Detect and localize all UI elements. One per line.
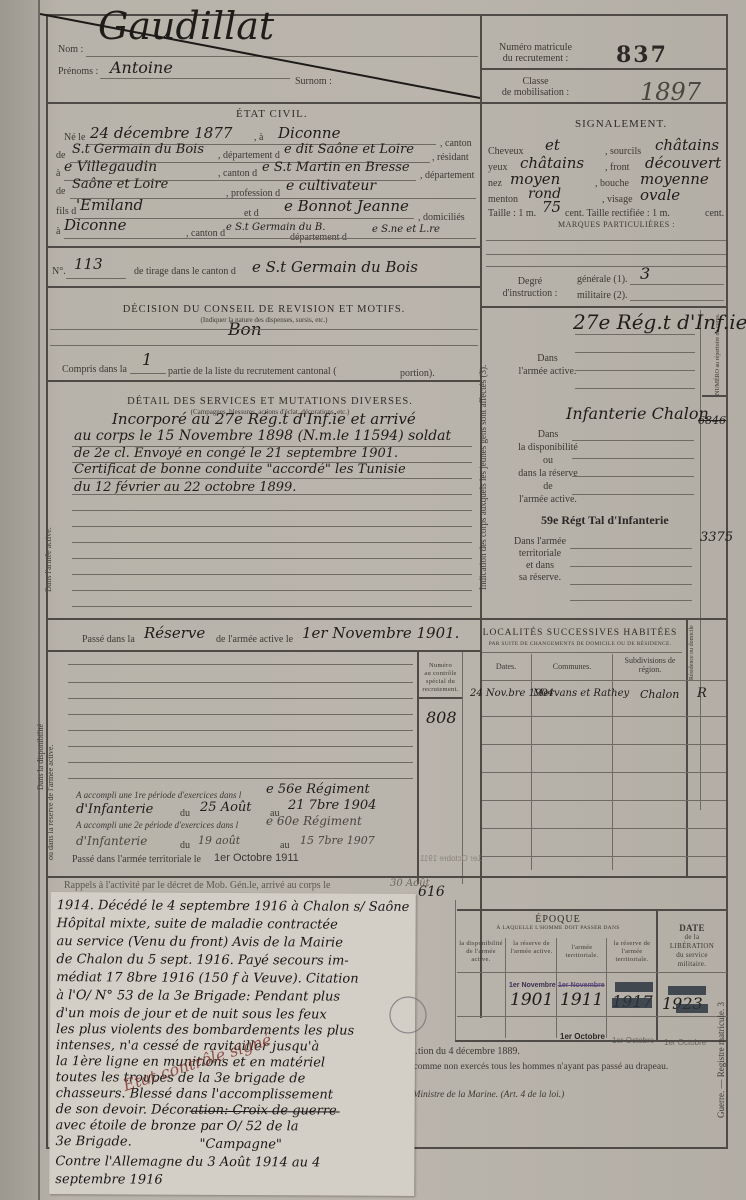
localites-col-residence: Résidence ou domicile [689, 625, 695, 680]
epoque-col-territoriale: l'armée territoriale. [558, 944, 606, 960]
localites-col-dates: Dates. [482, 662, 530, 671]
redaction-bar-1 [615, 982, 653, 992]
marques-particulieres-label: MARQUES PARTICULIÈRES : [558, 220, 675, 229]
epoque-reserve-active-year: 1901 [510, 990, 553, 1010]
exercice-2-to: 15 7bre 1907 [300, 834, 375, 847]
rappels-numero: 616 [418, 884, 445, 900]
note-line-8: les plus violents des bombardements les … [56, 1022, 354, 1039]
domicilies-label: , domiciliés [418, 212, 465, 223]
mere-value: e Bonnot Jeanne [284, 197, 409, 215]
services-title: DÉTAIL DES SERVICES ET MUTATIONS DIVERSE… [90, 396, 450, 407]
passe-territoriale-date: 1er Octobre 1911 [214, 852, 299, 864]
classe-divider [482, 102, 728, 104]
active-line-1 [575, 334, 695, 335]
compris-line [130, 373, 166, 374]
reserve-bottom-divider [48, 650, 480, 652]
blank-rule-7 [68, 762, 413, 763]
services-line-5: du 12 février au 22 octobre 1899. [74, 480, 296, 495]
terr-line-4 [570, 600, 692, 601]
localites-row-commune: Mervans et Rathey [533, 688, 629, 699]
terr-line-2 [570, 566, 692, 567]
decision-line-2 [50, 345, 478, 346]
corps-dispo-value: Infanterie Chalon [566, 404, 709, 423]
dispo-line-1 [572, 440, 694, 441]
corps-side-label: Indication des corps auxquels les jeunes… [478, 365, 488, 590]
matricule-label-1: Numéro matricule [488, 42, 583, 53]
domicile-value: Diconne [64, 216, 126, 234]
controle-divider [419, 697, 462, 699]
corps-dispo-label-2: la disponibilité [498, 441, 598, 454]
active-line-2 [575, 352, 695, 353]
note-line-1: 1914. Décédé le 4 septembre 1916 à Chalo… [57, 898, 410, 915]
exercice-1-label: A accompli une 1re période d'exercices d… [76, 790, 241, 800]
compris-label-a: Compris dans la [62, 364, 127, 375]
exercice-2-au: au [280, 840, 289, 851]
sourcils-label: , sourcils [605, 146, 641, 157]
services-rule-1 [72, 446, 472, 447]
localites-title: LOCALITÉS SUCCESSIVES HABITÉES [480, 628, 680, 638]
etat-civil-divider [48, 246, 480, 248]
dispo-line-4 [572, 494, 694, 495]
nez-label: nez [488, 178, 502, 189]
localites-row-type: R [697, 686, 707, 701]
services-rule-8 [72, 558, 472, 559]
signalement-title: SIGNALEMENT. [575, 118, 667, 130]
canton-naissance-value: S.t Germain du Bois [72, 142, 204, 157]
a2-label: à [56, 168, 60, 179]
services-line-3: de 2e cl. Envoyé en congé le 21 septembr… [74, 446, 398, 461]
marques-line-1 [486, 240, 726, 241]
services-rule-7 [72, 542, 472, 543]
instruction-militaire-line [630, 300, 724, 301]
services-rule-9 [72, 574, 472, 575]
epoque-col-disponibilite: la disponibilité de l'armée active. [457, 940, 505, 964]
corps-active-label-2: l'armée active. [505, 365, 590, 378]
blank-rule-2 [68, 682, 413, 683]
canton-label: , canton [440, 138, 472, 149]
communes-column-line [612, 654, 613, 870]
classe-label: Classe de mobilisation : [488, 76, 583, 98]
canton-residence-value: e S.t Martin en Bresse [262, 160, 410, 175]
yeux-label: yeux [488, 162, 507, 173]
exercice-1-from: 25 Août [200, 800, 252, 815]
profession-value: e cultivateur [286, 178, 376, 194]
liberation-header-1: DATE [658, 924, 726, 933]
taille-label: Taille : 1 m. [488, 208, 536, 219]
liberation-header: DATE de la LIBÉRATION du service militai… [658, 924, 726, 969]
taille-rectifiee-label: cent. Taille rectifiée : 1 m. [565, 208, 670, 219]
blank-rule-5 [68, 730, 413, 731]
corps-territoriale-label-1: Dans l'armée [495, 536, 585, 548]
localites-col-communes: Communes. [533, 662, 611, 671]
liberation-header-4: du service [658, 951, 726, 960]
corps-territoriale-numero: 3375 [700, 530, 733, 545]
front-label: , front [605, 162, 629, 173]
services-line-1: Incorporé au 27e Rég.t d'Inf.ie et arriv… [112, 410, 416, 428]
footer-line-2: …comme non exercés tous les hommes n'aya… [404, 1062, 668, 1072]
corps-territoriale-stamp: 59e Régt Tal d'Infanterie [541, 513, 669, 528]
bouche-label: , bouche [595, 178, 629, 189]
controle-column-right [462, 652, 463, 884]
departement2-label: , département [420, 170, 474, 181]
exercice-1-to: 21 7bre 1904 [288, 798, 376, 813]
tirage-text: de tirage dans le canton d [134, 266, 236, 277]
epoque-territoriale-year: 1911 [560, 990, 603, 1010]
blank-rule-3 [68, 698, 413, 699]
services-rule-5 [72, 510, 472, 511]
localites-rule-1 [482, 716, 726, 717]
localites-rule-2 [482, 744, 726, 745]
liberation-header-5: militaire. [658, 960, 726, 969]
corps-dispo-label-3: ou [498, 454, 598, 467]
services-rule-6 [72, 526, 472, 527]
exercice-2-from: 19 août [198, 834, 240, 847]
decision-line-1 [50, 329, 478, 330]
passe-territoriale-label: Passé dans l'armée territoriale le [72, 854, 201, 865]
tirage-no-value: 113 [74, 255, 103, 273]
corps-territoriale-label: Dans l'armée territoriale et dans sa rés… [495, 536, 585, 584]
a-label: , à [254, 132, 263, 143]
corps-active-value: 27e Rég.t d'Inf.ie [573, 310, 746, 334]
departement-domicile-value: e S.ne et L.re [372, 224, 440, 235]
localites-rule-5 [482, 828, 726, 829]
exercice-2-corps2: d'Infanterie [76, 834, 147, 848]
passe-reserve-date: 1er Novembre 1901. [302, 624, 459, 642]
date-naissance-value: 24 décembre 1877 [90, 124, 232, 142]
instruction-label: Degré d'instruction : [500, 276, 560, 300]
faint-mirror-stamp: 1er Octobre 1911 [420, 854, 482, 863]
corps-dispo-numero: 6846 [698, 414, 726, 427]
cheveux-label: Cheveux [488, 146, 524, 157]
services-line-2: au corps le 15 Novembre 1898 (N.m.le 115… [74, 428, 451, 444]
epoque-title: ÉPOQUE [456, 914, 660, 925]
liberation-header-3: LIBÉRATION [658, 942, 726, 951]
controle-label: Numéro au contrôle spécial du recrutemen… [419, 662, 462, 694]
corps-dispo-label-5: de [498, 480, 598, 493]
residant-label: , résidant [432, 152, 469, 163]
lieu-naissance-value: Diconne [278, 124, 340, 142]
epoque-col-line-1 [505, 938, 506, 1038]
epoque-col-reserve-territoriale: la réserve de l'armée territoriale. [608, 940, 656, 964]
rappels-label: Rappels à l'activité par le décret de Mo… [64, 880, 330, 891]
taille-value: 75 [542, 198, 561, 216]
instruction-generale-line [630, 284, 724, 285]
dates-column-line [531, 654, 532, 870]
menton-label: menton [488, 194, 518, 205]
blank-rule-8 [68, 778, 413, 779]
note-campagne-line-1: Contre l'Allemagne du 3 Août 1914 au 4 [55, 1154, 320, 1170]
classe-label-1: Classe [488, 76, 583, 87]
left-binding-strip [0, 0, 40, 1200]
a3-label: à [56, 226, 60, 237]
tirage-no-label: N°. [52, 266, 66, 277]
services-rule-2 [72, 462, 472, 463]
controle-value: 808 [426, 708, 457, 727]
departement-naissance-value: e dit Saône et Loire [284, 142, 414, 157]
epoque-col-reserve-active: la réserve de l'armée active. [507, 940, 556, 956]
margin-label-dispo-1: Dans la disponibilité [36, 724, 45, 790]
epoque-top-line [457, 909, 727, 911]
epoque-rule-1 [457, 1016, 727, 1017]
document-sheet: Dans l'armée active. Dans la disponibili… [0, 0, 746, 1200]
passe-reserve-value: Réserve [144, 624, 205, 642]
liberation-header-2: de la [658, 933, 726, 942]
matricule-divider [482, 68, 728, 70]
exercice-1-corps2: d'Infanterie [76, 802, 153, 817]
note-line-15: 3e Brigade. [55, 1134, 131, 1149]
compris-value: 1 [142, 350, 152, 369]
services-line-4: Certificat de bonne conduite "accordé" l… [74, 462, 406, 477]
instruction-label-1: Degré [500, 276, 560, 288]
exercice-2-label: A accompli une 2e période d'exercices da… [76, 820, 238, 830]
localites-subtitle: PAR SUITE DE CHANGEMENTS DE DOMICILE OU … [480, 641, 680, 647]
localites-header-line [482, 652, 682, 653]
dispo-line-3 [572, 476, 694, 477]
epoque-reserve-active-stamp: 1er Novembre [509, 982, 556, 989]
note-line-14: avec étoile de bronze par O/ 52 de la [56, 1118, 299, 1134]
instruction-label-2: d'instruction : [500, 288, 560, 300]
corps-territoriale-label-2: territoriale [495, 548, 585, 560]
services-rule-3 [72, 478, 472, 479]
instruction-militaire-label: militaire (2). [577, 290, 628, 301]
terr-line-3 [570, 584, 692, 585]
epoque-header-line [457, 972, 727, 973]
note-line-3: au service (Venu du front) Avis de la Ma… [56, 934, 342, 950]
corps-active-label-1: Dans [505, 352, 590, 365]
compris-divider [48, 380, 480, 382]
tirage-canton-value: e S.t Germain du Bois [252, 258, 418, 276]
tirage-divider [48, 286, 480, 288]
active-line-4 [575, 388, 695, 389]
corps-dispo-label-4: dans la réserve [498, 467, 598, 480]
localites-row-subdivision: Chalon [640, 688, 679, 701]
note-line-5: médiat 17 8bre 1916 (150 f à Veuve). Cit… [56, 970, 358, 987]
localites-rule-6 [482, 856, 726, 857]
de2-label: de [56, 186, 65, 197]
blank-rule-1 [68, 664, 413, 665]
numero-column-line [700, 310, 701, 810]
compris-label-b: partie de la liste du recrutement canton… [168, 366, 337, 377]
residence-column-line [686, 618, 688, 876]
controle-label-4: recrutement. [419, 686, 462, 694]
decision-value: Bon [228, 320, 262, 340]
residence-value: e Villegaudin [64, 159, 157, 175]
blank-rule-6 [68, 746, 413, 747]
domicile-line [64, 238, 476, 239]
cheveux-value: et [545, 136, 560, 154]
localites-rule-3 [482, 772, 726, 773]
note-campagne-line-2: septembre 1916 [55, 1172, 162, 1188]
instruction-divider [482, 306, 728, 308]
passe-reserve-label-a: Passé dans la [82, 634, 135, 645]
controle-label-3: spécial du [419, 678, 462, 686]
active-line-3 [575, 370, 695, 371]
matricule-number: 837 [616, 42, 668, 68]
redaction-bar-4 [676, 1004, 708, 1013]
matricule-label-2: du recrutement : [488, 53, 583, 64]
note-line-2: Hôpital mixte, suite de maladie contract… [57, 916, 338, 932]
epoque-subtitle: À LAQUELLE L'HOMME DOIT PASSER DANS [456, 925, 660, 931]
etat-civil-title: ÉTAT CIVIL. [236, 108, 308, 120]
visage-value: ovale [640, 186, 680, 204]
localites-col-header-line [482, 680, 726, 681]
round-stamp-icon [388, 990, 428, 1040]
marques-line-2 [486, 254, 726, 255]
pasted-note: 1914. Décédé le 4 septembre 1916 à Chalo… [49, 892, 416, 1196]
services-rule-4 [72, 494, 472, 495]
numero-divider [702, 395, 726, 397]
dispo-line-2 [572, 458, 694, 459]
matricule-label: Numéro matricule du recrutement : [488, 42, 583, 64]
exercice-2-corps: e 60e Régiment [266, 814, 362, 828]
exercices-divider [48, 876, 728, 878]
exercice-1-corps: e 56e Régiment [266, 782, 370, 797]
note-line-9: intenses, n'a cessé de ravitailler jusqu… [56, 1038, 319, 1054]
instruction-generale-value: 3 [640, 264, 650, 283]
localites-rule-4 [482, 800, 726, 801]
taille-cent-label: cent. [705, 208, 724, 219]
tirage-no-line [66, 278, 126, 279]
corps-active-label: Dans l'armée active. [505, 352, 590, 378]
epoque-bottom-line [455, 1040, 727, 1042]
controle-label-2: au contrôle [419, 670, 462, 678]
compris-label-c: portion). [400, 368, 435, 379]
note-line-4: de Chalon du 5 sept. 1916. Payé secours … [56, 952, 348, 969]
note-line-7: d'un mois de jour et de nuit sous les fe… [56, 1006, 327, 1022]
reserve-top-divider [48, 618, 728, 620]
note-campagne-title: "Campagne" [199, 1137, 282, 1152]
services-rule-10 [72, 590, 472, 591]
terr-line-1 [570, 548, 692, 549]
note-line-6: à l'O/ N° 53 de la 3e Brigade: Pendant p… [56, 988, 340, 1004]
epoque-col-line-2 [556, 938, 557, 1038]
classe-label-2: de mobilisation : [488, 87, 583, 98]
exercice-1-du: du [180, 808, 190, 819]
pere-value: 'Emiland [76, 196, 143, 214]
epoque-col-line-3 [606, 938, 607, 1038]
exercice-2-du: du [180, 840, 190, 851]
services-rule-11 [72, 606, 472, 607]
sourcils-value: châtains [655, 136, 719, 154]
footer-vertical-margin: Guerre. — Registre matricule. 3 [716, 1002, 726, 1118]
instruction-generale-label: générale (1). [577, 274, 628, 285]
footer-line-1: …tion du 4 décembre 1889. [408, 1046, 520, 1057]
canton2-label: , canton d [218, 168, 257, 179]
decision-subtitle: (Indiquer la nature des dispenses, sursi… [48, 316, 480, 324]
marques-line-3 [486, 266, 726, 267]
footer-line-3: …Ministre de la Marine. (Art. 4 de la lo… [404, 1090, 564, 1100]
epoque-territoriale-stamp: 1er Novembre [558, 982, 605, 989]
passe-reserve-label-b: de l'armée active le [216, 634, 293, 645]
redaction-bar-2 [612, 998, 652, 1008]
departement-residence-value: Saône et Loire [72, 177, 168, 192]
corps-territoriale-label-4: sa réserve. [495, 572, 585, 584]
controle-label-1: Numéro [419, 662, 462, 670]
decision-title: DÉCISION DU CONSEIL DE REVISION ET MOTIF… [48, 304, 480, 315]
visage-label: , visage [602, 194, 633, 205]
localites-col-subdivisions: Subdivisions de région. [615, 656, 685, 674]
blank-rule-4 [68, 714, 413, 715]
strike-through-line [40, 10, 490, 110]
note-line-12: chasseurs. Blessé dans l'accomplissement [56, 1086, 333, 1102]
